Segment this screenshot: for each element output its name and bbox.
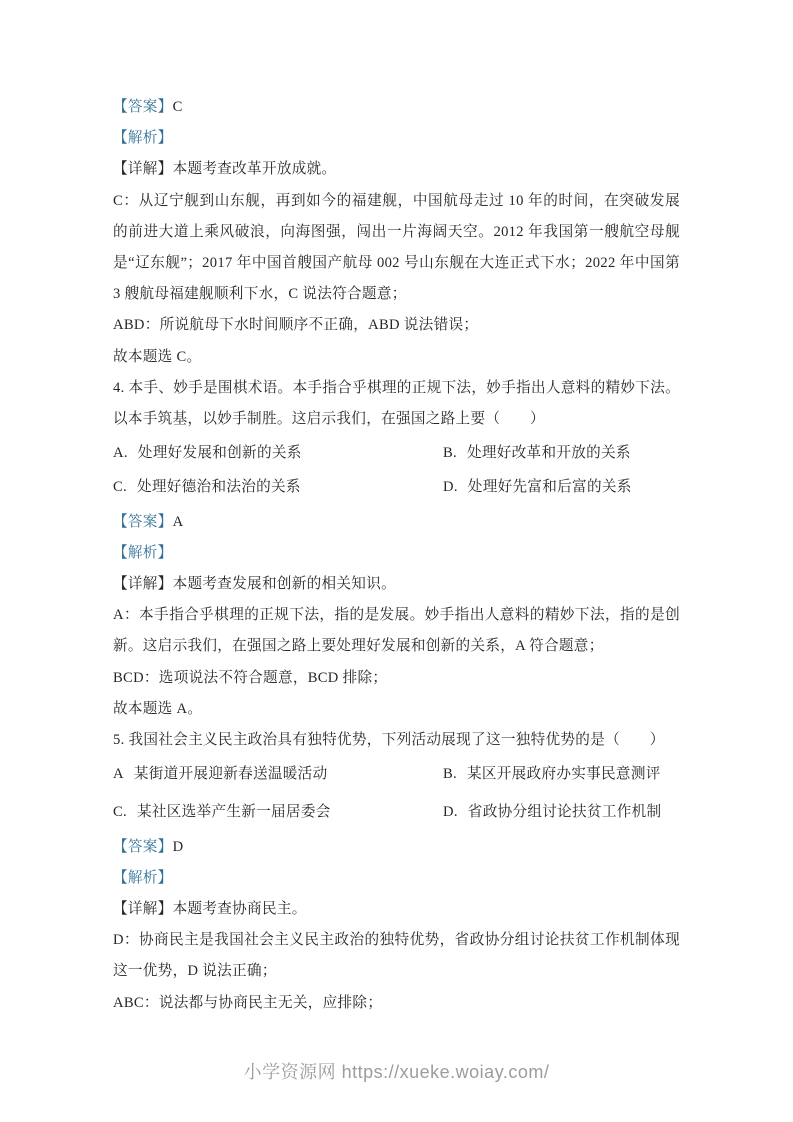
option-a: A某街道开展迎新春送温暖活动	[113, 759, 443, 790]
answer-value: C	[173, 99, 183, 115]
option-c: C.某社区选举产生新一届居委会	[113, 797, 443, 828]
question-3-explanation-block: 【答案】C 【解析】 【详解】本题考查改革开放成就。 C：从辽宁舰到山东舰，再到…	[113, 92, 680, 373]
option-key: D.	[443, 472, 458, 503]
conclusion-line: 故本题选 A。	[113, 694, 680, 725]
page-footer: 小学资源网 https://xueke.woiay.com/	[0, 1058, 793, 1084]
question-stem: 5. 我国社会主义民主政治具有独特优势，下列活动展现了这一独特优势的是（ ）	[113, 725, 680, 756]
detail-line: 【详解】本题考查协商民主。	[113, 894, 680, 925]
option-key: C.	[113, 797, 127, 828]
answer-label: 【答案】	[113, 99, 173, 115]
answer-line: 【答案】A	[113, 507, 680, 538]
options-row: C.某社区选举产生新一届居委会 D.省政协分组讨论扶贫工作机制	[113, 797, 680, 828]
option-text: 处理好改革和开放的关系	[467, 445, 631, 461]
explanation-paragraph: A：本手指合乎棋理的正规下法，指的是发展。妙手指出人意料的精妙下法，指的是创新。…	[113, 600, 680, 662]
analysis-label: 【解析】	[113, 870, 173, 886]
question-4-block: 4. 本手、妙手是围棋术语。本手指合乎棋理的正规下法，妙手指出人意料的精妙下法。…	[113, 373, 680, 725]
option-text: 处理好发展和创新的关系	[138, 445, 302, 461]
document-page: 【答案】C 【解析】 【详解】本题考查改革开放成就。 C：从辽宁舰到山东舰，再到…	[0, 0, 793, 1122]
answer-value: D	[173, 839, 184, 855]
option-text: 某社区选举产生新一届居委会	[137, 804, 331, 820]
detail-line: 【详解】本题考查改革开放成就。	[113, 154, 680, 185]
option-text: 某街道开展迎新春送温暖活动	[134, 766, 328, 782]
option-b: B.处理好改革和开放的关系	[443, 438, 680, 469]
conclusion-line: 故本题选 C。	[113, 342, 680, 373]
explanation-paragraph: D：协商民主是我国社会主义民主政治的独特优势，省政协分组讨论扶贫工作机制体现这一…	[113, 925, 680, 987]
option-d: D.省政协分组讨论扶贫工作机制	[443, 797, 680, 828]
option-a: A.处理好发展和创新的关系	[113, 438, 443, 469]
footer-site-link: 小学资源网 https://xueke.woiay.com/	[244, 1062, 550, 1082]
option-text: 省政协分组讨论扶贫工作机制	[468, 804, 662, 820]
explanation-paragraph: ABC：说法都与协商民主无关，应排除；	[113, 988, 680, 1019]
option-c: C.处理好德治和法治的关系	[113, 472, 443, 503]
answer-line: 【答案】D	[113, 832, 680, 863]
question-5-block: 5. 我国社会主义民主政治具有独特优势，下列活动展现了这一独特优势的是（ ） A…	[113, 725, 680, 1019]
explanation-paragraph: BCD：选项说法不符合题意，BCD 排除；	[113, 663, 680, 694]
option-key: D.	[443, 797, 458, 828]
analysis-label: 【解析】	[113, 130, 173, 146]
explanation-paragraph: C：从辽宁舰到山东舰，再到如今的福建舰，中国航母走过 10 年的时间，在突破发展…	[113, 186, 680, 311]
analysis-label: 【解析】	[113, 545, 173, 561]
answer-value: A	[173, 514, 184, 530]
option-key: B.	[443, 759, 457, 790]
analysis-line: 【解析】	[113, 863, 680, 894]
detail-line: 【详解】本题考查发展和创新的相关知识。	[113, 569, 680, 600]
analysis-line: 【解析】	[113, 538, 680, 569]
answer-label: 【答案】	[113, 514, 173, 530]
option-text: 处理好先富和后富的关系	[468, 479, 632, 495]
option-b: B.某区开展政府办实事民意测评	[443, 759, 680, 790]
option-d: D.处理好先富和后富的关系	[443, 472, 680, 503]
explanation-paragraph: ABD：所说航母下水时间顺序不正确，ABD 说法错误；	[113, 310, 680, 341]
question-stem: 4. 本手、妙手是围棋术语。本手指合乎棋理的正规下法，妙手指出人意料的精妙下法。…	[113, 373, 680, 435]
document-content: 【答案】C 【解析】 【详解】本题考查改革开放成就。 C：从辽宁舰到山东舰，再到…	[113, 92, 680, 1019]
option-text: 处理好德治和法治的关系	[137, 479, 301, 495]
option-key: C.	[113, 472, 127, 503]
options-row: A.处理好发展和创新的关系 B.处理好改革和开放的关系	[113, 438, 680, 469]
option-key: A.	[113, 438, 128, 469]
option-key: A	[113, 759, 124, 790]
answer-line: 【答案】C	[113, 92, 680, 123]
options-row: A某街道开展迎新春送温暖活动 B.某区开展政府办实事民意测评	[113, 759, 680, 790]
answer-label: 【答案】	[113, 839, 173, 855]
option-text: 某区开展政府办实事民意测评	[467, 766, 661, 782]
option-key: B.	[443, 438, 457, 469]
analysis-line: 【解析】	[113, 123, 680, 154]
options-row: C.处理好德治和法治的关系 D.处理好先富和后富的关系	[113, 472, 680, 503]
